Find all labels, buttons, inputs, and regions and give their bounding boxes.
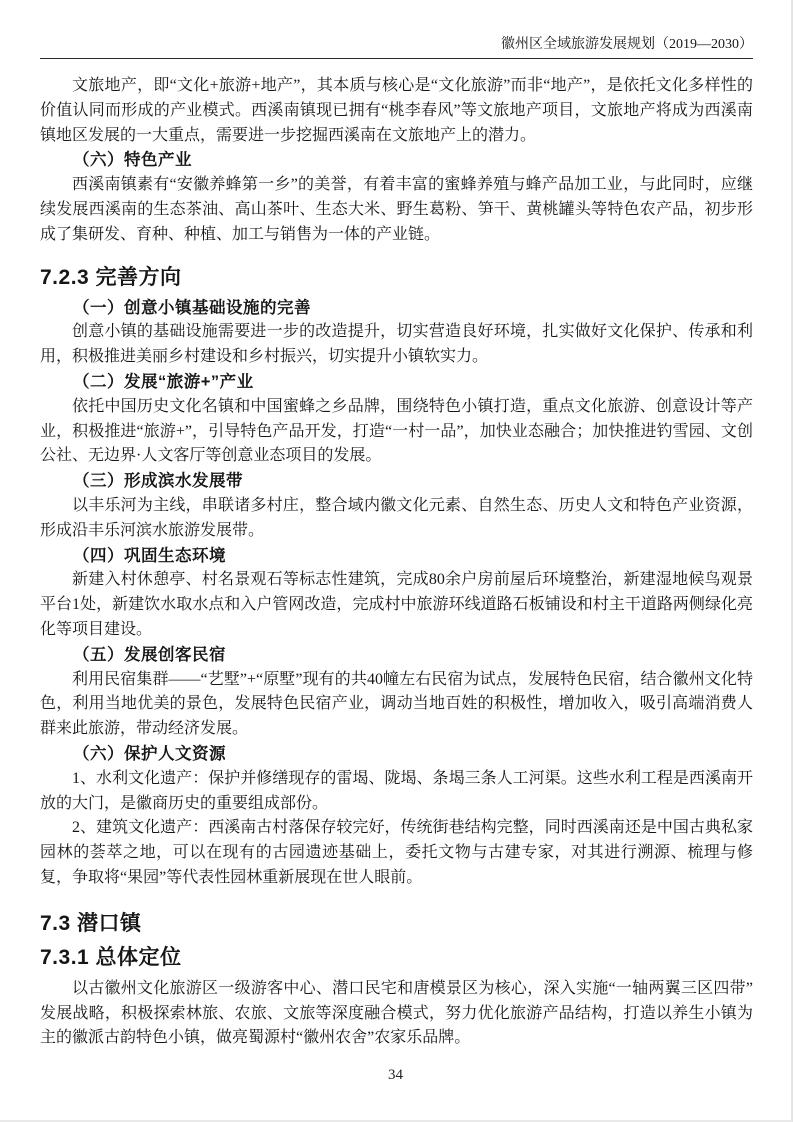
body-paragraph: 新建入村休憩亭、村名景观石等标志性建筑，完成80余户房前屋后环境整治，新建湿地候… (40, 568, 753, 642)
item-heading-5: （五）发展创客民宿 (40, 643, 753, 668)
body-paragraph: 创意小镇的基础设施需要进一步的改造提升，切实营造良好环境，扎实做好文化保护、传承… (40, 320, 753, 370)
body-paragraph: 利用民宿集群——“艺墅”+“原墅”现有的共40幢左右民宿为试点，发展特色民宿，结… (40, 668, 753, 742)
header-title: 徽州区全域旅游发展规划（2019—2030） (501, 37, 753, 52)
item-heading-6-human-resources: （六）保护人文资源 (40, 742, 753, 767)
heading-7-3: 7.3 潜口镇 (40, 909, 753, 939)
page-content: 文旅地产，即“文化+旅游+地产”，其本质与核心是“文化旅游”而非“地产”，是依托… (40, 59, 753, 1051)
body-paragraph: 以古徽州文化旅游区一级游客中心、潜口民宅和唐模景区为核心，深入实施“一轴两翼三区… (40, 977, 753, 1051)
document-page: 徽州区全域旅游发展规划（2019—2030） 文旅地产，即“文化+旅游+地产”，… (0, 0, 793, 1122)
heading-7-2-3: 7.2.3 完善方向 (40, 264, 753, 292)
body-paragraph: 西溪南镇素有“安徽养蜂第一乡”的美誉，有着丰富的蜜蜂养殖与蜂产品加工业，与此同时… (40, 173, 753, 247)
item-heading-2: （二）发展“旅游+”产业 (40, 370, 753, 395)
item-heading-1: （一）创意小镇基础设施的完善 (40, 296, 753, 321)
item-heading-3: （三）形成滨水发展带 (40, 469, 753, 494)
item-heading-4: （四）巩固生态环境 (40, 544, 753, 569)
page-header: 徽州区全域旅游发展规划（2019—2030） (40, 36, 753, 59)
page-footer: 34 (0, 1067, 791, 1084)
body-paragraph: 依托中国历史文化名镇和中国蜜蜂之乡品牌，围绕特色小镇打造，重点文化旅游、创意设计… (40, 395, 753, 469)
heading-7-3-1: 7.3.1 总体定位 (40, 943, 753, 973)
item-heading-6-special-industry: （六）特色产业 (40, 148, 753, 173)
body-paragraph: 1、水利文化遗产：保护并修缮现存的雷堨、陇堨、条堨三条人工河渠。这些水利工程是西… (40, 767, 753, 817)
body-paragraph: 文旅地产，即“文化+旅游+地产”，其本质与核心是“文化旅游”而非“地产”，是依托… (40, 74, 753, 148)
body-paragraph: 以丰乐河为主线，串联诸多村庄，整合域内徽文化元素、自然生态、历史人文和特色产业资… (40, 494, 753, 544)
page-number: 34 (388, 1067, 403, 1083)
body-paragraph: 2、建筑文化遗产：西溪南古村落保存较完好，传统街巷结构完整，同时西溪南还是中国古… (40, 816, 753, 890)
